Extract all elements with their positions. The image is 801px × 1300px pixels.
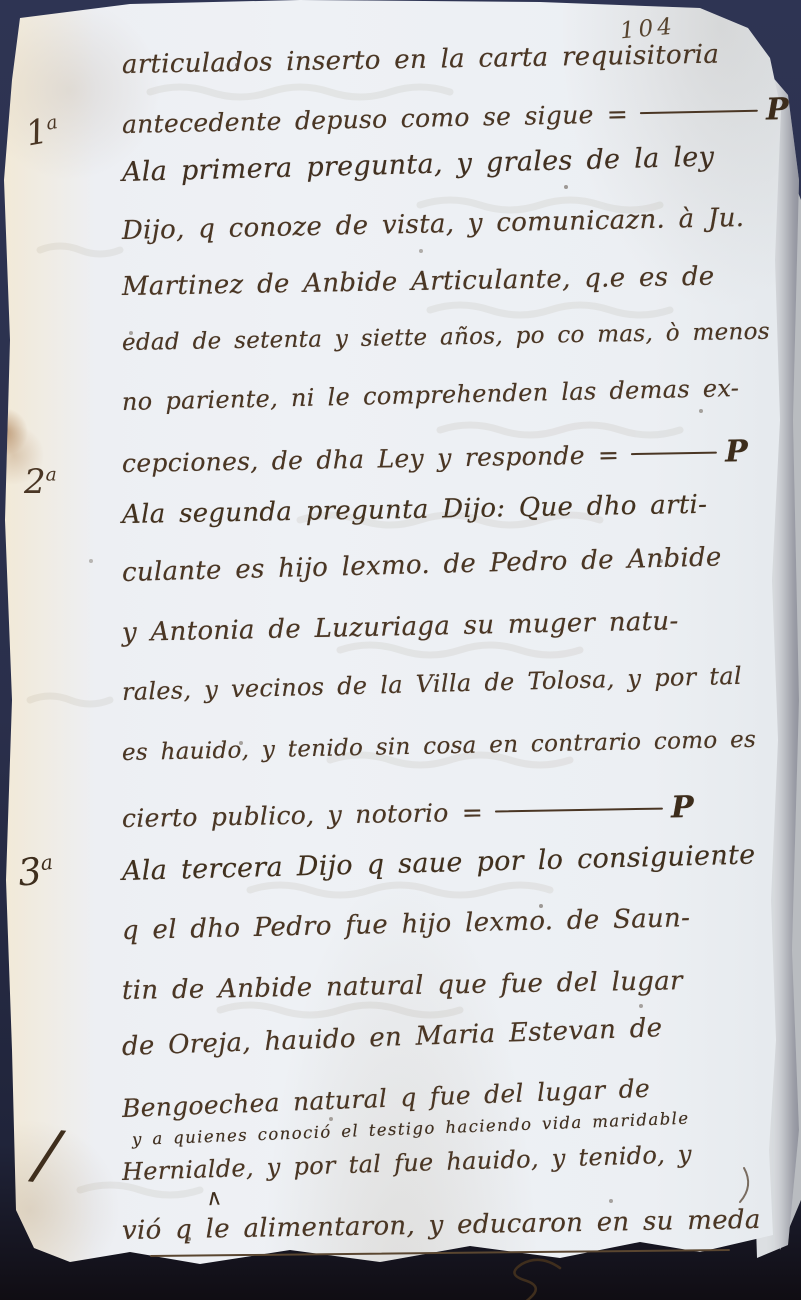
line-filler-rule: [631, 451, 717, 455]
line-filler-rule: [495, 807, 663, 812]
insertion-caret: ∧: [205, 1185, 223, 1211]
ink-specks: [0, 0, 2, 2]
manuscript-photo: 104 1a 2a 3a / ∧ articulados inserto en …: [0, 0, 801, 1300]
margin-question-number-2: 2a: [24, 462, 57, 502]
line-filler-rule: [640, 109, 758, 113]
rubric-flourish: P: [766, 92, 790, 127]
margin-question-number-3: 3a: [16, 848, 56, 894]
rubric-flourish: P: [671, 790, 694, 825]
margin-question-number-1: 1a: [23, 109, 62, 154]
rubric-flourish: P: [725, 434, 748, 469]
